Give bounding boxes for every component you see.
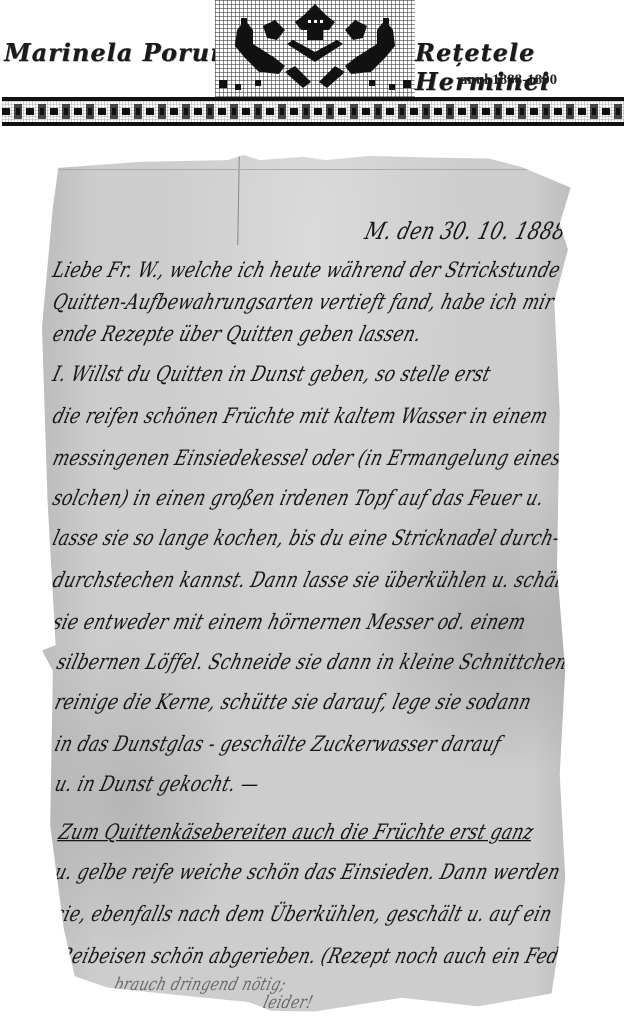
footnote-line: brauch dringend nötig; — [112, 975, 288, 995]
letter-line: in das Dunstglas - geschälte Zuckerwasse… — [52, 732, 504, 757]
footnote-line: ... leider! — [242, 993, 315, 1013]
handwritten-letter: M. den 30. 10. 1888. Liebe Fr. W., welch… — [42, 155, 587, 1015]
paper-fold — [42, 169, 587, 170]
letter-line: durchstechen kannst. Dann lasse sie über… — [50, 568, 575, 593]
letter-line: Quitten-Aufbewahrungsarten vertieft fand… — [50, 290, 603, 315]
letter-line: u. gelbe reife weiche schön das Einsiede… — [52, 860, 563, 885]
letter-line: messingenen Einsiedekessel oder (in Erma… — [50, 446, 564, 471]
letter-line: Liebe Fr. W., welche ich heute während d… — [50, 258, 586, 283]
letter-line: sie entweder mit einem hörnernen Messer … — [50, 610, 528, 635]
years-subtitle: anul 1888-1890 — [460, 72, 557, 89]
letter-date: M. den 30. 10. 1888. — [362, 218, 575, 246]
letter-line: u. in Dunst gekocht. — — [52, 772, 262, 797]
letter-line: reinige die Kerne, schütte sie darauf, l… — [52, 690, 534, 715]
letter-line: die reifen schönen Früchte mit kaltem Wa… — [50, 404, 551, 429]
letter-line: I. Willst du Quitten in Dunst geben, so … — [50, 362, 493, 387]
letter-line: solchen) in einen großen irdenen Topf au… — [50, 486, 547, 511]
page-header: Marinela Porumb — [0, 0, 628, 130]
letter-line: sie, ebenfalls nach dem Überkühlen, gesc… — [52, 902, 555, 927]
embroidery-birds-motif-icon — [215, 0, 415, 98]
border-pattern — [2, 101, 624, 122]
letter-line: Zum Quittenkäsebereiten auch die Früchte… — [56, 820, 536, 845]
letter-line: ende Rezepte über Quitten geben lassen. — [50, 322, 424, 347]
line-text: I. Willst du Quitten in Dunst geben, so … — [50, 362, 493, 387]
letter-line: Reibeisen schön abgerieben. (Rezept noch… — [56, 944, 598, 969]
letter-line: lasse sie so lange kochen, bis du eine S… — [50, 526, 562, 551]
letter-line: silbernen Löffel. Schneide sie dann in k… — [54, 650, 576, 675]
embroidery-band-border-icon — [2, 97, 624, 126]
